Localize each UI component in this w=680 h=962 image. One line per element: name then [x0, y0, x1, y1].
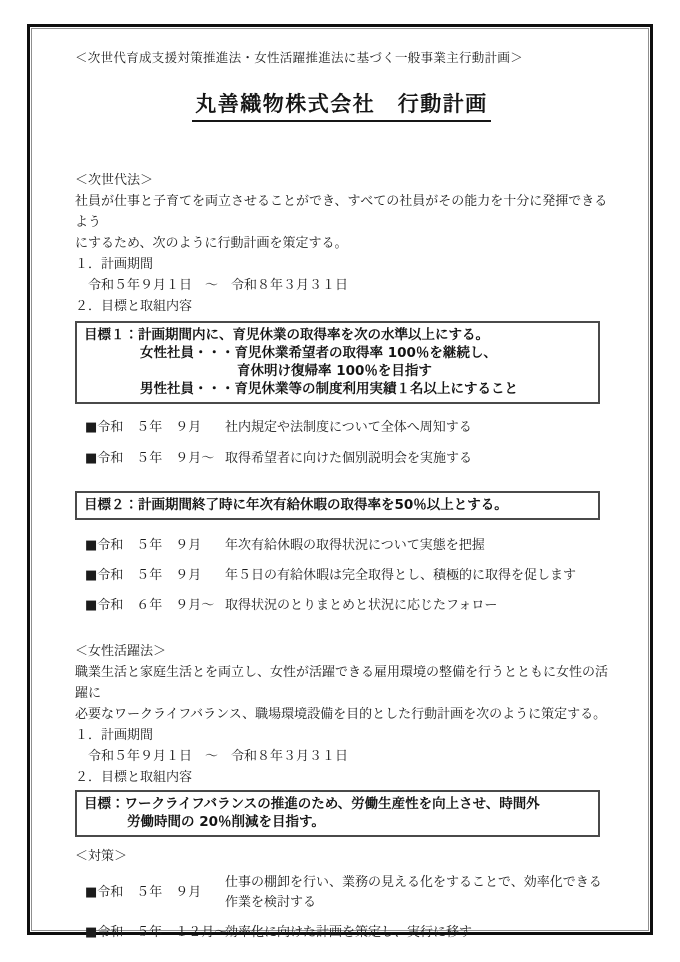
document-title: 丸善織物株式会社 行動計画	[192, 88, 491, 122]
plan-period-value: 令和５年９月１日 ～ 令和８年３月３１日	[75, 746, 608, 767]
schedule-description: 取得希望者に向けた個別説明会を実施する	[225, 449, 608, 469]
goal-box-line: 目標１：計画期間内に、育児休業の取得率を次の水準以上にする。	[84, 326, 592, 344]
plan-period-label: １．計画期間	[75, 725, 608, 746]
goal-box-line: 労働時間の 20％削減を目指す。	[84, 813, 592, 831]
section-heading-women-advancement-law: ＜女性活躍法＞	[75, 641, 608, 662]
section-intro-line: 社員が仕事と子育てを両立させることができ、すべての社員がその能力を十分に発揮でき…	[75, 191, 608, 233]
schedule-date: ■令和 ５年 ９月～	[85, 449, 225, 469]
section-intro-line: 職業生活と家庭生活とを両立し、女性が活躍できる雇用環境の整備を行うとともに女性の…	[75, 662, 608, 704]
title-row: 丸善織物株式会社 行動計画	[75, 88, 608, 122]
plan-period-value: 令和５年９月１日 ～ 令和８年３月３１日	[75, 275, 608, 296]
schedule-item: ■令和 ５年 ９月 年５日の有給休暇は完全取得とし、積極的に取得を促します	[85, 566, 608, 586]
schedule-date: ■令和 ５年 ９月	[85, 418, 225, 438]
plan-period-label: １．計画期間	[75, 254, 608, 275]
schedule-date: ■令和 ５年 １２月～	[85, 923, 225, 943]
section-intro-line: にするため、次のように行動計画を策定する。	[75, 233, 608, 254]
document-law-note: ＜次世代育成支援対策推進法・女性活躍推進法に基づく一般事業主行動計画＞	[75, 50, 608, 66]
measures-heading: ＜対策＞	[75, 846, 608, 867]
schedule-description: 社内規定や法制度について全体へ周知する	[225, 418, 608, 438]
goals-content-label: ２．目標と取組内容	[75, 767, 608, 788]
schedule-item: ■令和 ５年 ９月 仕事の棚卸を行い、業務の見える化をすることで、効率化できる作…	[85, 873, 608, 913]
goal1-box: 目標１：計画期間内に、育児休業の取得率を次の水準以上にする。 女性社員・・・育児…	[75, 321, 600, 404]
goal-box-line: 育休明け復帰率 100％を目指す	[84, 362, 592, 380]
section-intro-line: 必要なワークライフバランス、職場環境設備を目的とした行動計画を次のように策定する…	[75, 704, 608, 725]
document-page: ＜次世代育成支援対策推進法・女性活躍推進法に基づく一般事業主行動計画＞ 丸善織物…	[31, 28, 649, 931]
schedule-item: ■令和 ５年 ９月 年次有給休暇の取得状況について実態を把握	[85, 536, 608, 556]
schedule-date: ■令和 ６年 ９月～	[85, 596, 225, 616]
schedule-date: ■令和 ５年 ９月	[85, 883, 225, 903]
schedule-description: 仕事の棚卸を行い、業務の見える化をすることで、効率化できる作業を検討する	[225, 873, 608, 913]
schedule-item: ■令和 ５年 ９月 社内規定や法制度について全体へ周知する	[85, 418, 608, 438]
goal-box-work-life-balance: 目標：ワークライフバランスの推進のため、労働生産性を向上させ、時間外 労働時間の…	[75, 790, 600, 837]
goals-content-label: ２．目標と取組内容	[75, 296, 608, 317]
schedule-item: ■令和 ６年 ９月～ 取得状況のとりまとめと状況に応じたフォロー	[85, 596, 608, 616]
document-page-border: ＜次世代育成支援対策推進法・女性活躍推進法に基づく一般事業主行動計画＞ 丸善織物…	[27, 24, 653, 935]
goal-box-line: 男性社員・・・育児休業等の制度利用実績１名以上にすること	[84, 380, 592, 398]
goal2-box: 目標２：計画期間終了時に年次有給休暇の取得率を50％以上とする。	[75, 491, 600, 520]
schedule-item: ■令和 ５年 ９月～ 取得希望者に向けた個別説明会を実施する	[85, 449, 608, 469]
schedule-description: 年次有給休暇の取得状況について実態を把握	[225, 536, 608, 556]
schedule-description: 効率化に向けた計画を策定し、実行に移す	[225, 923, 608, 943]
schedule-description: 年５日の有給休暇は完全取得とし、積極的に取得を促します	[225, 566, 608, 586]
schedule-date: ■令和 ５年 ９月	[85, 566, 225, 586]
goal-box-line: 目標２：計画期間終了時に年次有給休暇の取得率を50％以上とする。	[84, 496, 592, 514]
schedule-date: ■令和 ５年 ９月	[85, 536, 225, 556]
goal-box-line: 女性社員・・・育児休業希望者の取得率 100％を継続し、	[84, 344, 592, 362]
goal-box-line: 目標：ワークライフバランスの推進のため、労働生産性を向上させ、時間外	[84, 795, 592, 813]
section-heading-next-generation-law: ＜次世代法＞	[75, 170, 608, 191]
schedule-item: ■令和 ５年 １２月～ 効率化に向けた計画を策定し、実行に移す	[85, 923, 608, 943]
schedule-description: 取得状況のとりまとめと状況に応じたフォロー	[225, 596, 608, 616]
